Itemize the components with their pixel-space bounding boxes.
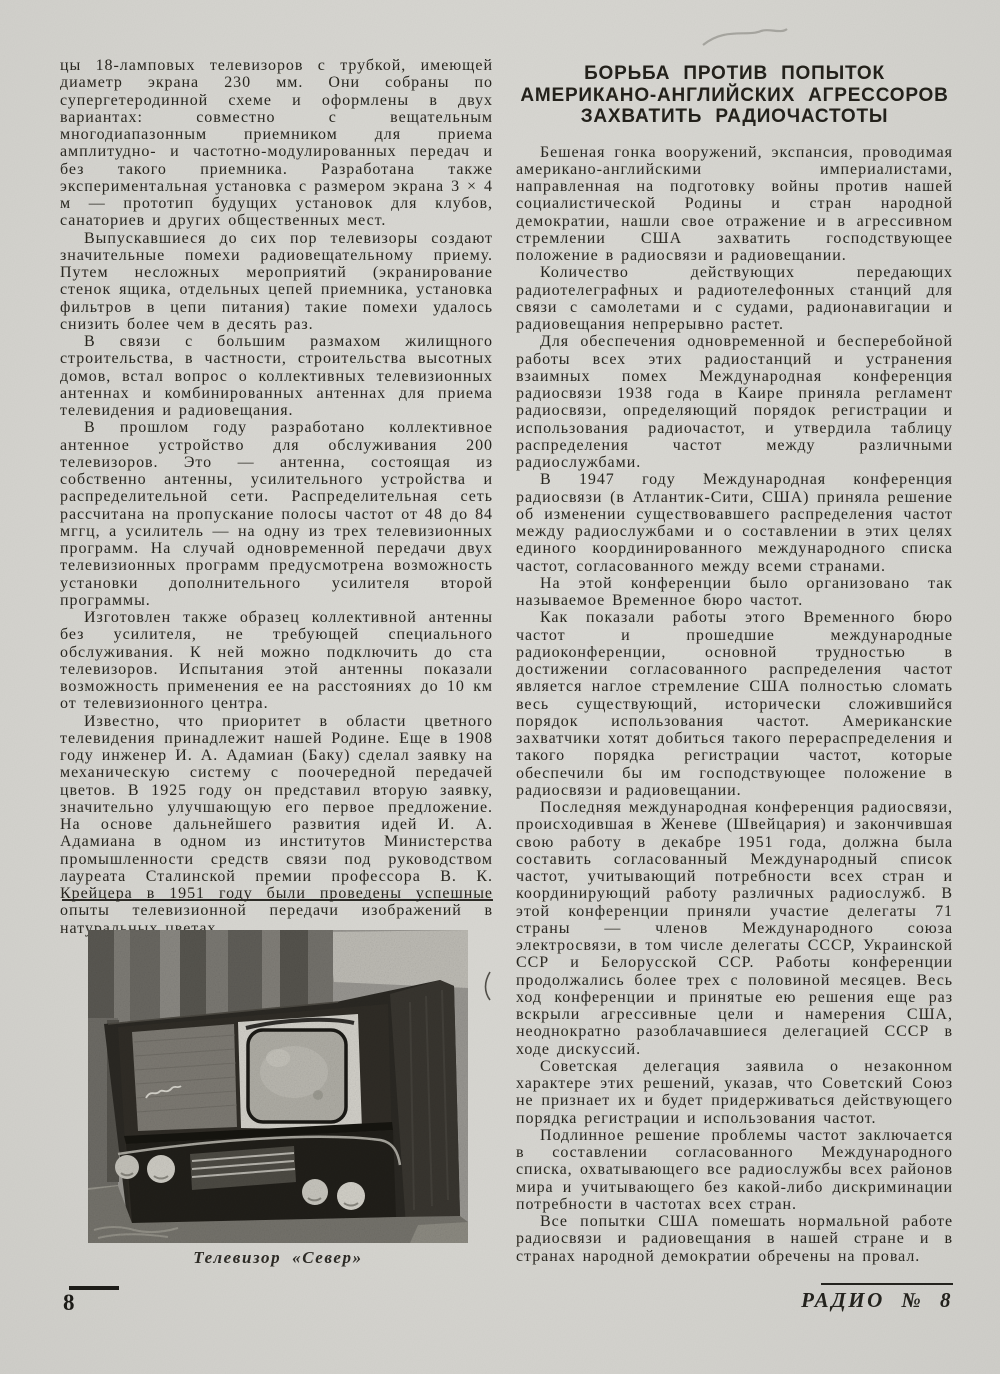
- paragraph: Для обеспечения одновременной и беспереб…: [516, 333, 953, 471]
- paragraph: В 1947 году Международная конференция ра…: [516, 471, 953, 575]
- section-divider-rule: [62, 899, 493, 901]
- paragraph: Советская делегация заявила о незаконном…: [516, 1058, 953, 1127]
- article-title-line: АМЕРИКАНО-АНГЛИЙСКИХ АГРЕССОРОВ: [516, 85, 953, 107]
- journal-footer: РАДИО № 8: [700, 1288, 953, 1313]
- article-title-line: БОРЬБА ПРОТИВ ПОПЫТОК: [516, 63, 953, 85]
- paragraph: Выпускавшиеся до сих пор телевизоры созд…: [60, 230, 493, 334]
- paragraph: Как показали работы этого Временного бюр…: [516, 609, 953, 799]
- paragraph: В связи с большим размахом жилищного стр…: [60, 333, 493, 419]
- tv-photo: [88, 930, 468, 1243]
- paragraph: Подлинное решение проблемы частот заключ…: [516, 1127, 953, 1213]
- footer-rule: [821, 1283, 953, 1285]
- paragraph: Бешеная гонка вооружений, экспансия, про…: [516, 144, 953, 265]
- paragraph: Изготовлен также образец коллективной ан…: [60, 609, 493, 713]
- paragraph: Количество действующих передающих радиот…: [516, 264, 953, 333]
- paragraph: В прошлом году разработано коллективное …: [60, 419, 493, 609]
- left-column: цы 18-ламповых телевизоров с трубкой, им…: [60, 57, 493, 937]
- paragraph: Последняя международная конференция ради…: [516, 799, 953, 1058]
- page-number: 8: [63, 1290, 75, 1316]
- article-title-line: ЗАХВАТИТЬ РАДИОЧАСТОТЫ: [516, 106, 953, 128]
- paragraph: Все попытки США помешать нормальной рабо…: [516, 1213, 953, 1265]
- paragraph: Известно, что приоритет в области цветно…: [60, 713, 493, 937]
- tv-photo-image: [88, 930, 468, 1243]
- page-number-rule: [69, 1286, 119, 1290]
- stray-scan-mark: [478, 968, 496, 1004]
- paragraph: цы 18-ламповых телевизоров с трубкой, им…: [60, 57, 493, 230]
- article-title: БОРЬБА ПРОТИВ ПОПЫТОКАМЕРИКАНО-АНГЛИЙСКИ…: [516, 63, 953, 128]
- magazine-page: цы 18-ламповых телевизоров с трубкой, им…: [0, 0, 1000, 1374]
- scratch-mark: [695, 15, 795, 60]
- paragraph: На этой конференции было организовано та…: [516, 575, 953, 610]
- right-column: БОРЬБА ПРОТИВ ПОПЫТОКАМЕРИКАНО-АНГЛИЙСКИ…: [516, 57, 953, 1265]
- right-column-text: Бешеная гонка вооружений, экспансия, про…: [516, 144, 953, 1265]
- photo-caption: Телевизор «Север»: [88, 1248, 468, 1268]
